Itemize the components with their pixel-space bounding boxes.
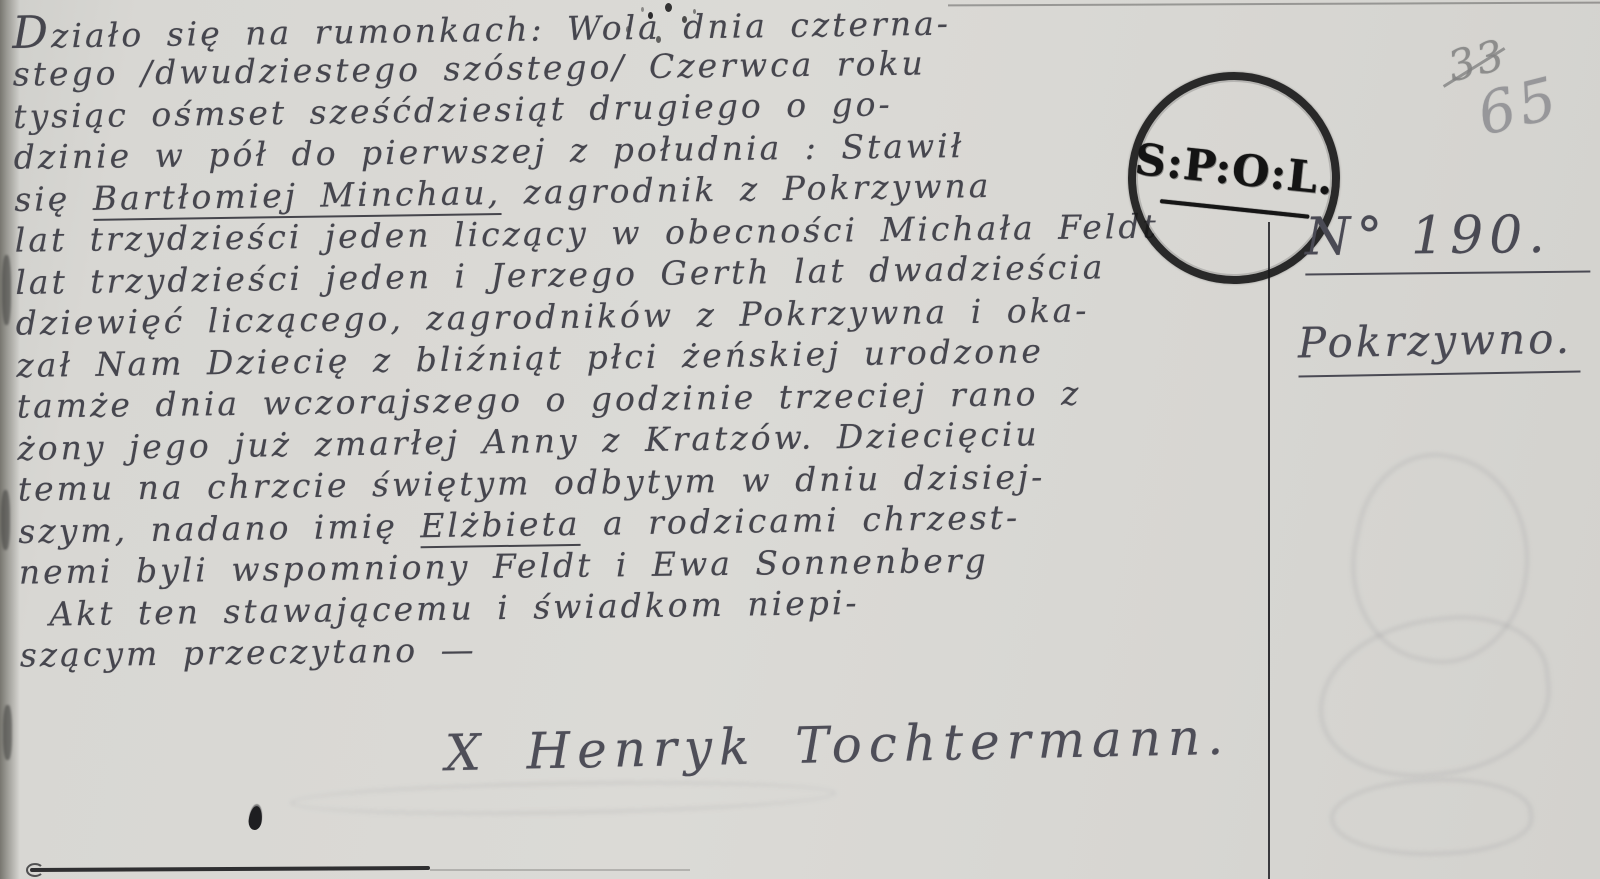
underlined-name: Bartłomiej Minchau, <box>93 173 502 221</box>
stamp-underline <box>1160 199 1310 219</box>
record-number: N° 190. <box>1305 205 1591 276</box>
stamp-text: S:P:O:L. <box>1132 135 1336 206</box>
gutter-blemish <box>2 255 11 325</box>
place-name: Pokrzywno. <box>1298 314 1581 378</box>
next-entry-rule-faint <box>430 869 690 871</box>
margin-column-rule <box>1268 222 1270 879</box>
ink-blot <box>248 805 264 830</box>
registrar-signature: X Henryk Tochtermann. <box>444 708 1230 782</box>
gutter-blemish <box>1 490 10 550</box>
next-entry-rule <box>30 866 430 872</box>
bleed-through-mark <box>1310 606 1558 787</box>
underlined-name: Elżbieta <box>420 504 581 548</box>
bleed-through-mark <box>290 777 836 819</box>
bleed-through-mark <box>1328 773 1535 862</box>
scanned-record-page: Działo się na rumonkach: Wola dnia czter… <box>0 0 1600 879</box>
manuscript-body: Działo się na rumonkach: Wola dnia czter… <box>12 0 1272 676</box>
gutter-blemish <box>3 705 12 760</box>
